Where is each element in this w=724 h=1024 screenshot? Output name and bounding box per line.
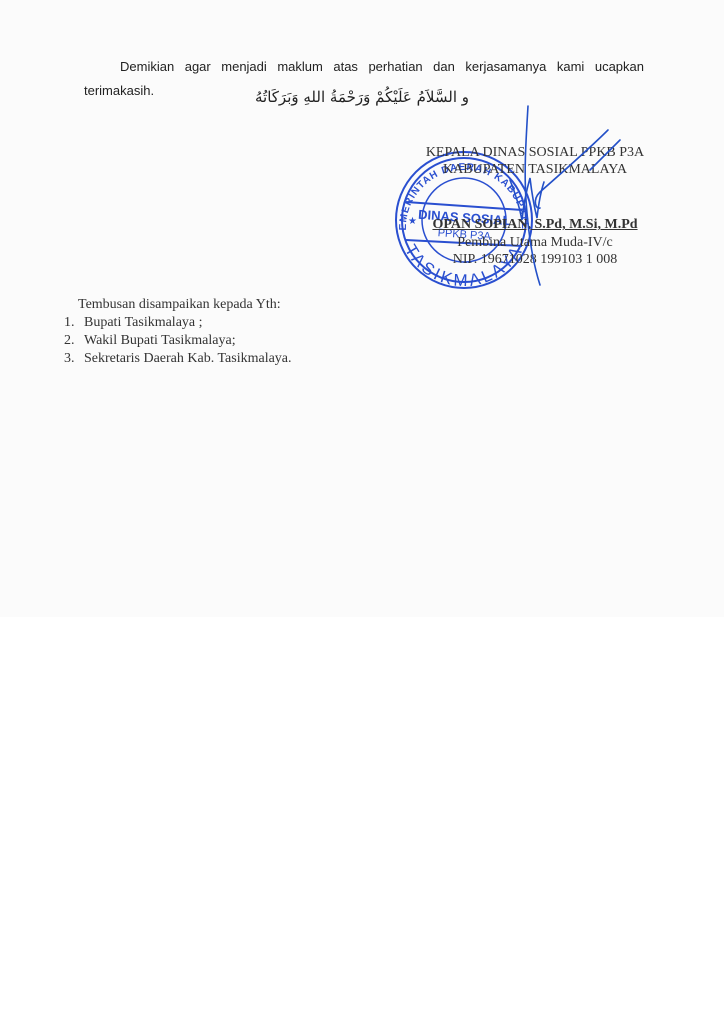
carbon-copy-title: Tembusan disampaikan kepada Yth: (52, 296, 292, 314)
carbon-copy-item: Sekretaris Daerah Kab. Tasikmalaya. (78, 350, 292, 368)
carbon-copy-item: Wakil Bupati Tasikmalaya; (78, 332, 292, 350)
handwritten-signature (440, 100, 640, 300)
carbon-copy-item: Bupati Tasikmalaya ; (78, 314, 292, 332)
carbon-copy-section: Tembusan disampaikan kepada Yth: Bupati … (52, 296, 292, 368)
carbon-copy-list: Bupati Tasikmalaya ; Wakil Bupati Tasikm… (52, 314, 292, 368)
